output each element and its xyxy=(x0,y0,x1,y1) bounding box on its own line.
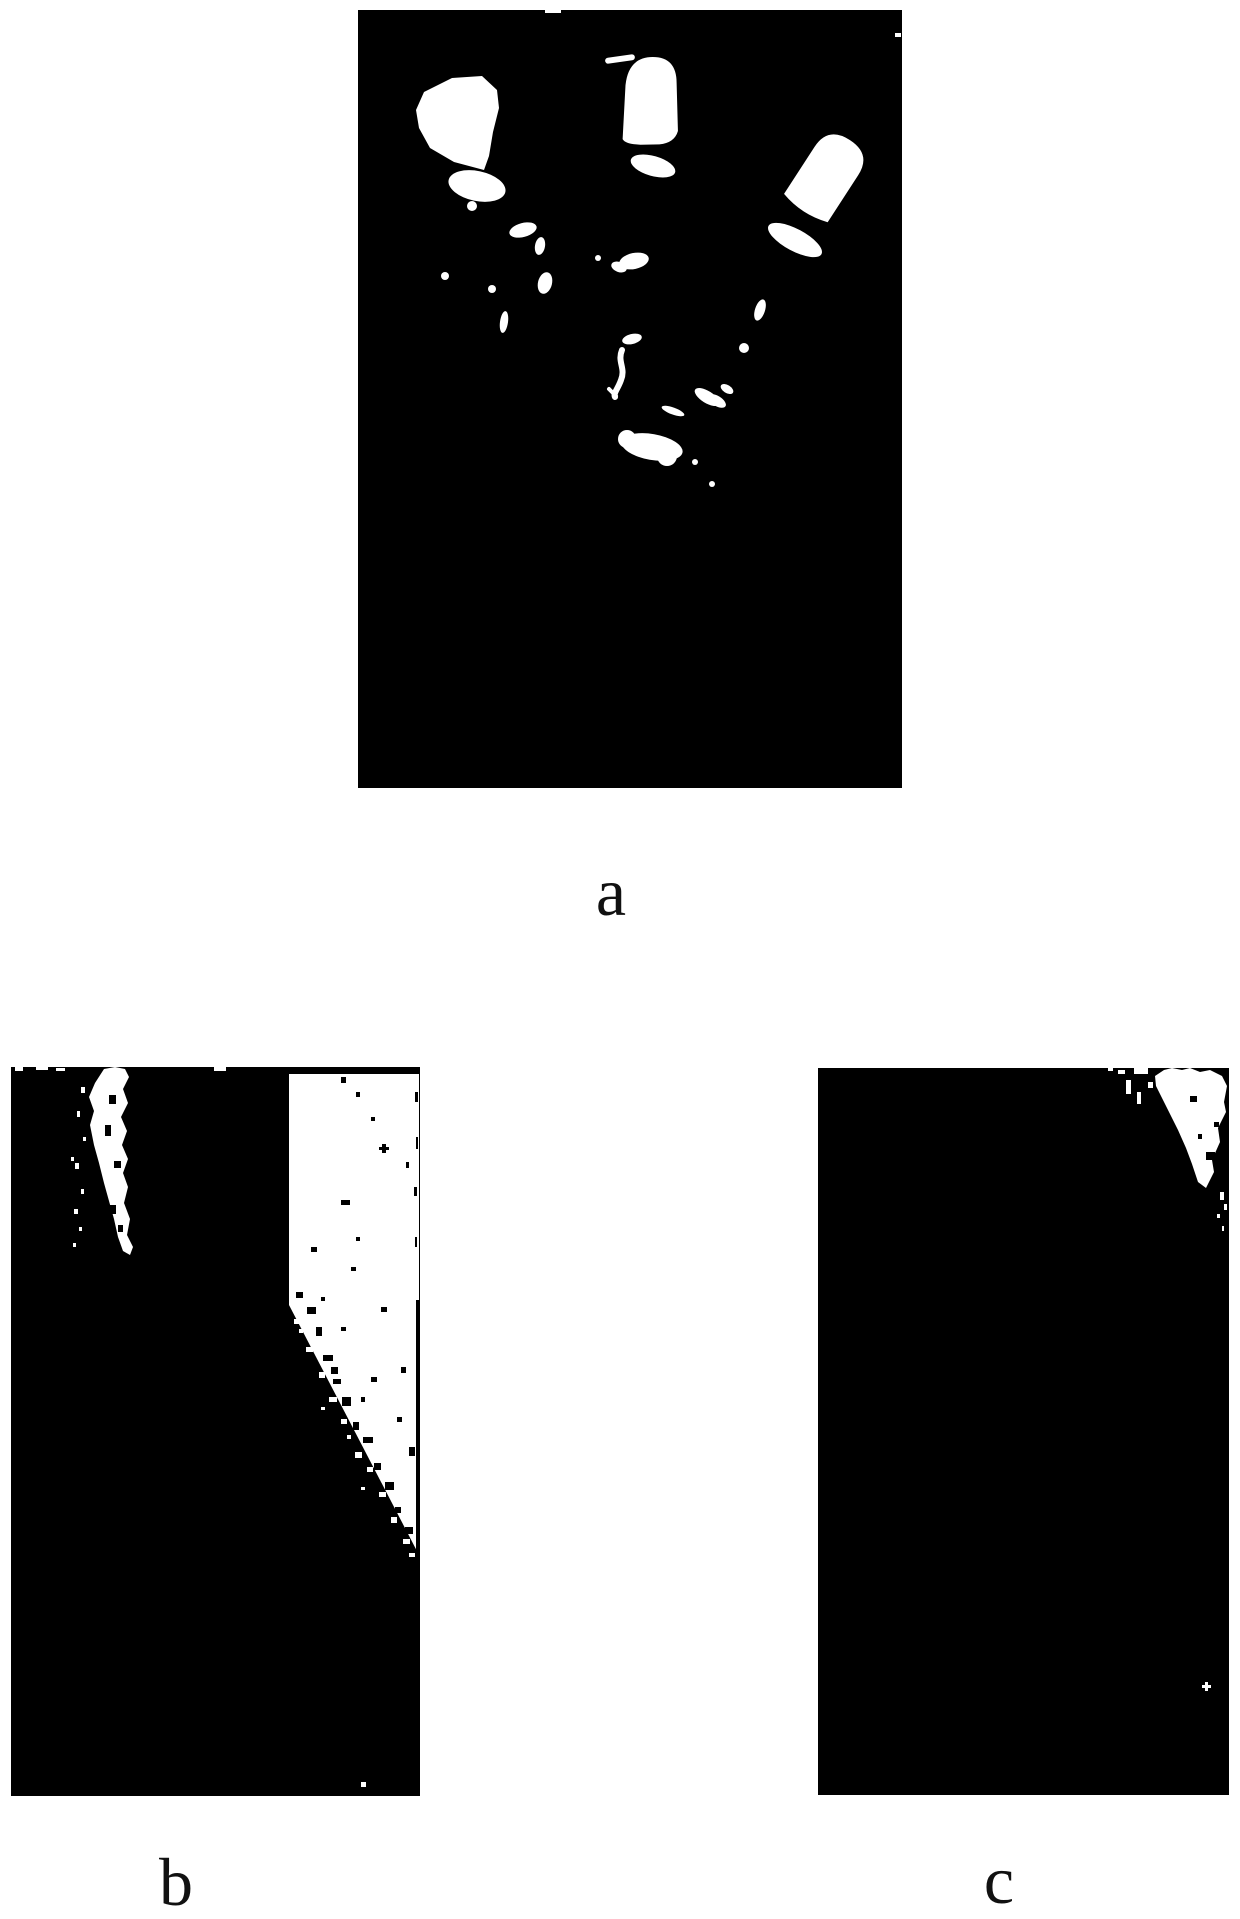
figure-panel-a xyxy=(358,10,902,788)
panel-label-a: a xyxy=(561,858,661,926)
binarized-photo-b xyxy=(11,1067,420,1796)
figure-panel-c xyxy=(818,1068,1229,1795)
binarized-photo-c xyxy=(818,1068,1229,1795)
lower-white-dot xyxy=(1202,1682,1211,1691)
binarized-photo-a xyxy=(358,10,902,788)
vertical-streak-highlight xyxy=(71,1067,133,1255)
top-right-speckle-patch xyxy=(1108,1068,1227,1231)
left-cap-highlight xyxy=(416,76,499,170)
figure-page: { "figure": { "panel_labels": ["a", "b",… xyxy=(0,0,1240,1919)
panel-label-c: c xyxy=(949,1846,1049,1914)
vial-highlights-group xyxy=(416,10,901,487)
middle-cap-highlight xyxy=(622,56,680,146)
panel-label-b: b xyxy=(126,1848,226,1916)
figure-panel-b xyxy=(11,1067,420,1796)
right-cap-highlight xyxy=(782,126,872,226)
washed-out-wedge xyxy=(289,1074,419,1557)
bottom-white-dot xyxy=(361,1782,366,1787)
